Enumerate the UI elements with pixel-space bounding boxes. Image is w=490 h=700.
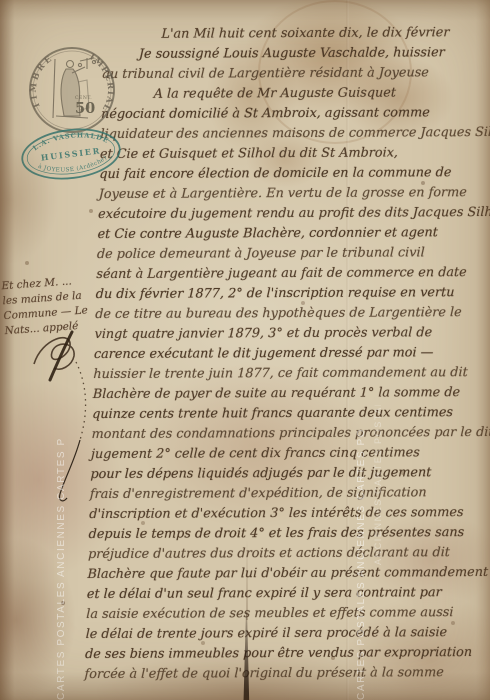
handwritten-line: Blachère que faute par lui d'obéir au pr… — [87, 563, 474, 585]
handwritten-line: L'an Mil huit cent soixante dix, le dix … — [161, 23, 490, 45]
handwritten-line: de ses biens immeubles pour être vendus … — [85, 643, 472, 665]
paraph-signature — [14, 322, 114, 517]
handwritten-line: jugement 2° celle de cent dix francs cin… — [91, 443, 478, 465]
handwritten-line: A la requête de Mr Auguste Guisquet — [153, 83, 488, 105]
stamp-arc-left-text: TIMBRE — [29, 53, 56, 110]
handwritten-line: de ce titre au bureau des hypothèques de… — [95, 303, 482, 325]
handwritten-line: Je soussigné Louis Auguste Vaschalde, hu… — [139, 43, 490, 65]
handwritten-line: frais d'enregistrement d'expédition, de … — [90, 483, 477, 505]
handwritten-line: de police demeurant à Joyeuse par le tri… — [97, 243, 484, 265]
handwritten-line: montant des condamnations principales pr… — [91, 423, 478, 445]
handwritten-line: exécutoire du jugement rendu au profit d… — [98, 203, 485, 225]
handwritten-text-block: L'an Mil huit cent soixante dix, le dix … — [84, 23, 490, 685]
handwritten-line: pour les dépens liquidés adjugés par le … — [90, 463, 477, 485]
handwritten-line: et Cie contre Auguste Blachère, cordonni… — [97, 223, 484, 245]
handwritten-line: depuis le temps de droit 4° et les frais… — [88, 523, 475, 545]
handwritten-line: au tribunal civil de Largentière résidan… — [102, 63, 489, 85]
handwritten-line: Joyeuse et à Largentière. En vertu de la… — [98, 183, 485, 205]
document-scan-page: L'an Mil huit cent soixante dix, le dix … — [0, 0, 490, 700]
handwritten-line: et le délai d'un seul franc expiré il y … — [87, 583, 474, 605]
handwritten-line: Blachère de payer de suite au requérant … — [92, 383, 479, 405]
handwritten-line: vingt quatre janvier 1879, 3° et du proc… — [94, 323, 481, 345]
paper-specks — [0, 0, 2, 2]
signature-dotted-descender — [76, 362, 86, 440]
handwritten-line: huissier le trente juin 1877, ce fait co… — [93, 363, 480, 385]
handwritten-line: la saisie exécution de ses meubles et ef… — [86, 603, 473, 625]
handwritten-line: négociant domicilié à St Ambroix, agissa… — [101, 103, 488, 125]
signature-heavy-stroke — [50, 332, 72, 380]
stamp-value: 50 — [75, 100, 95, 117]
handwritten-line: séant à Largentière jugeant au fait de c… — [96, 263, 483, 285]
figure-head — [67, 61, 74, 68]
handwritten-line: préjudice d'autres dus droits et actions… — [88, 543, 475, 565]
hair-fiber-on-scan — [60, 440, 80, 501]
handwritten-line: qui fait encore élection de domicile en … — [99, 163, 486, 185]
huissier-title-text: HUISSIER — [40, 145, 101, 162]
staff-line — [53, 59, 55, 118]
handwritten-line: carence exécutant le dit jugement dressé… — [94, 343, 481, 365]
handwritten-line: le délai de trente jours expiré il sera … — [85, 623, 472, 645]
handwritten-line: forcée à l'effet de quoi l'original du p… — [84, 663, 471, 685]
handwritten-line: d'inscription et d'exécution 3° les inté… — [89, 503, 476, 525]
handwritten-line: du dix février 1877, 2° de l'inscription… — [95, 283, 482, 305]
handwritten-line: et Cie et Guisquet et Silhol du dit St A… — [100, 143, 487, 165]
handwritten-line: liquidateur des anciennes maisons de com… — [100, 123, 487, 145]
handwritten-line: quinze cents trente huit francs quarante… — [92, 403, 479, 425]
